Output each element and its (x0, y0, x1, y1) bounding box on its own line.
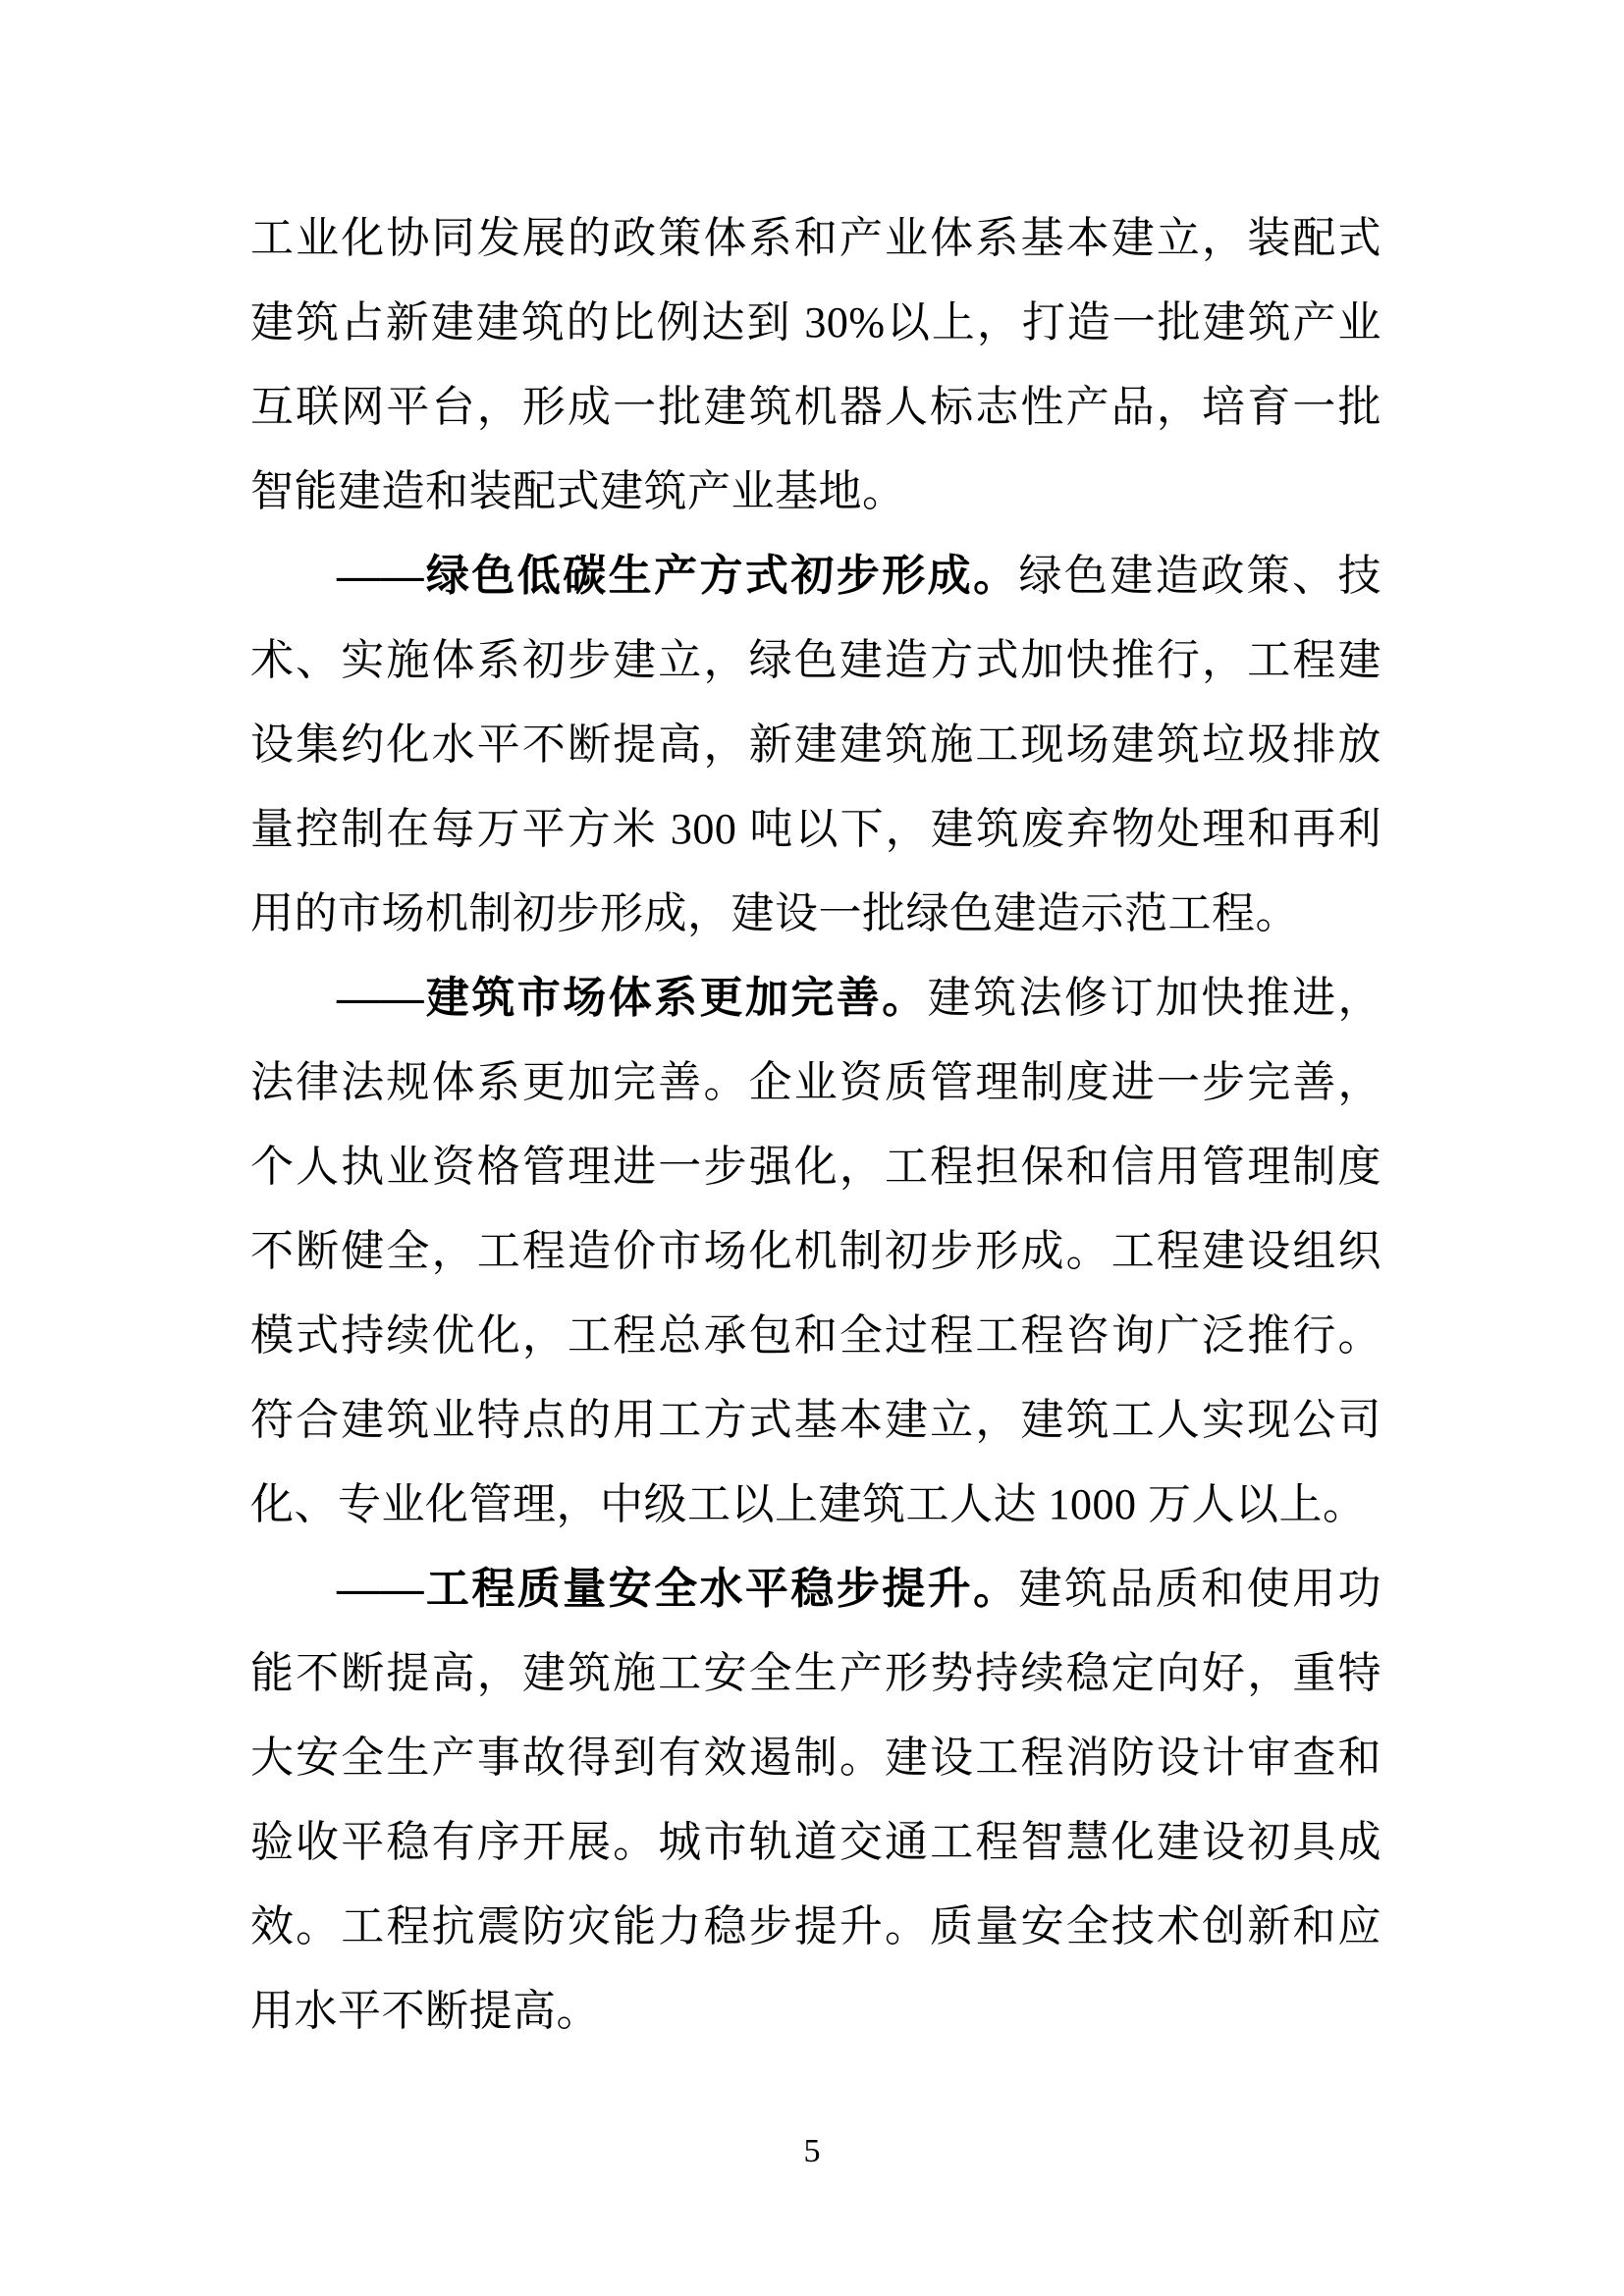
paragraph-lead: ——绿色低碳生产方式初步形成。 (337, 552, 1019, 600)
document-body: 工业化协同发展的政策体系和产业体系基本建立，装配式建筑占新建建筑的比例达到 30… (250, 196, 1381, 2054)
paragraph-quality-safety: ——工程质量安全水平稳步提升。建筑品质和使用功能不断提高，建筑施工安全生产形势持… (250, 1547, 1381, 2054)
paragraph-continuation: 工业化协同发展的政策体系和产业体系基本建立，装配式建筑占新建建筑的比例达到 30… (250, 196, 1381, 534)
paragraph-lead: ——建筑市场体系更加完善。 (337, 974, 928, 1022)
paragraph-text: 绿色建造政策、技术、实施体系初步建立，绿色建造方式加快推行，工程建设集约化水平不… (250, 552, 1381, 937)
paragraph-market-system: ——建筑市场体系更加完善。建筑法修订加快推进，法律法规体系更加完善。企业资质管理… (250, 956, 1381, 1547)
paragraph-lead: ——工程质量安全水平稳步提升。 (337, 1565, 1019, 1613)
paragraph-text: 工业化协同发展的政策体系和产业体系基本建立，装配式建筑占新建建筑的比例达到 30… (250, 214, 1381, 515)
document-page: 工业化协同发展的政策体系和产业体系基本建立，装配式建筑占新建建筑的比例达到 30… (0, 0, 1624, 2296)
paragraph-text: 建筑法修订加快推进，法律法规体系更加完善。企业资质管理制度进一步完善，个人执业资… (250, 974, 1381, 1528)
paragraph-text: 建筑品质和使用功能不断提高，建筑施工安全生产形势持续稳定向好，重特大安全生产事故… (250, 1565, 1381, 2035)
paragraph-green-lowcarbon: ——绿色低碳生产方式初步形成。绿色建造政策、技术、实施体系初步建立，绿色建造方式… (250, 534, 1381, 956)
page-number: 5 (0, 2132, 1624, 2171)
